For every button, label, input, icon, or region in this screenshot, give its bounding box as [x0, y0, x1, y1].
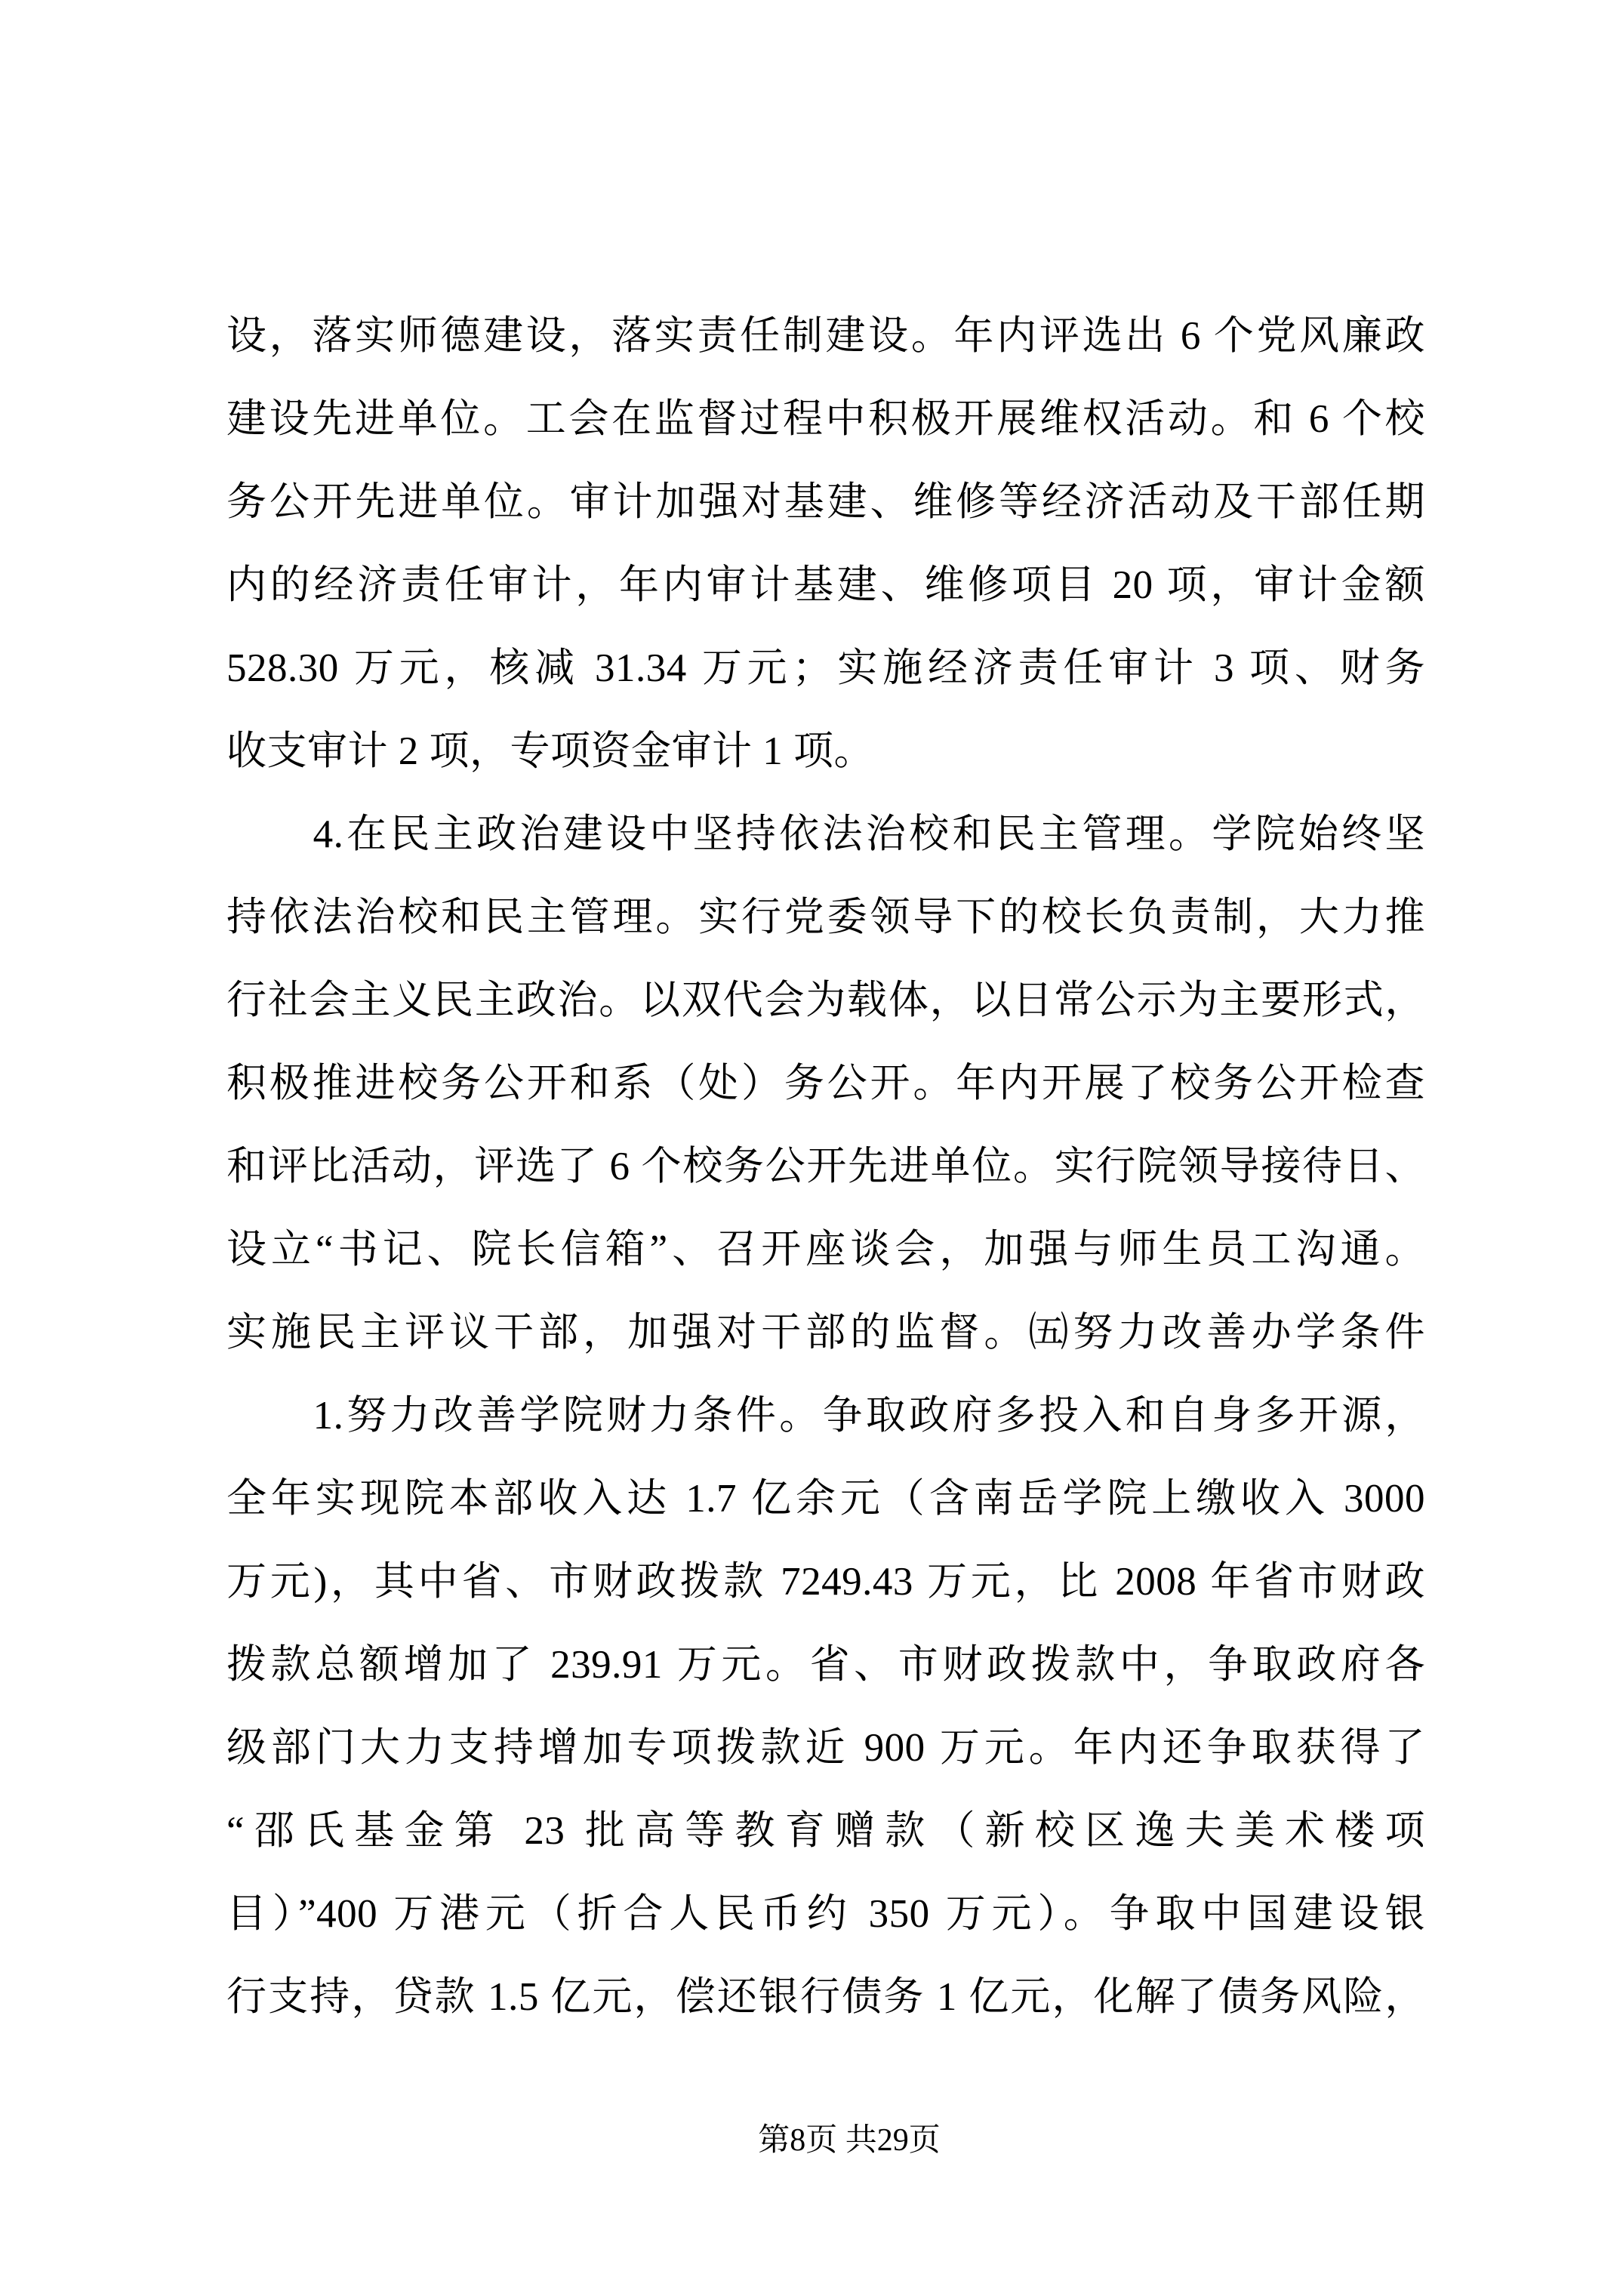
text-line: 持依法治校和民主管理。实行党委领导下的校长负责制，大力推 [226, 876, 1425, 959]
text-line: 级部门大力支持增加专项拨款近 900 万元。年内还争取获得了 [226, 1706, 1425, 1789]
document-body: 设，落实师德建设，落实责任制建设。年内评选出 6 个党风廉政 建设先进单位。工会… [226, 294, 1425, 2039]
text-line: 务公开先进单位。审计加强对基建、维修等经济活动及干部任期 [226, 461, 1425, 544]
text-line: 设立“书记、院长信箱”、召开座谈会，加强与师生员工沟通。 [226, 1208, 1425, 1291]
text-line: 528.30 万元，核减 31.34 万元；实施经济责任审计 3 项、财务 [226, 627, 1425, 710]
text-line: 全年实现院本部收入达 1.7 亿余元（含南岳学院上缴收入 3000 [226, 1457, 1425, 1540]
text-line: 积极推进校务公开和系（处）务公开。年内开展了校务公开检查 [226, 1042, 1425, 1125]
text-line-paragraph-start: 1.努力改善学院财力条件。争取政府多投入和自身多开源， [226, 1374, 1425, 1457]
text-line: 行社会主义民主政治。以双代会为载体，以日常公示为主要形式， [226, 959, 1425, 1042]
text-line-paragraph-start: 4.在民主政治建设中坚持依法治校和民主管理。学院始终坚 [226, 793, 1425, 876]
text-line: 收支审计 2 项，专项资金审计 1 项。 [226, 710, 1425, 793]
text-line: 目）”400 万港元（折合人民币约 350 万元）。争取中国建设银 [226, 1872, 1425, 1955]
text-line: 内的经济责任审计，年内审计基建、维修项目 20 项，审计金额 [226, 544, 1425, 627]
page-footer: 第8页 共29页 [38, 2118, 1623, 2163]
text-line: 实施民主评议干部，加强对干部的监督。㈤努力改善办学条件 [226, 1291, 1425, 1374]
document-page: 设，落实师德建设，落实责任制建设。年内评选出 6 个党风廉政 建设先进单位。工会… [0, 0, 1623, 2296]
text-line: 设，落实师德建设，落实责任制建设。年内评选出 6 个党风廉政 [226, 294, 1425, 378]
page-number-label: 第8页 共29页 [758, 2123, 941, 2158]
text-line: 万元)，其中省、市财政拨款 7249.43 万元，比 2008 年省市财政 [226, 1540, 1425, 1623]
text-line: 和评比活动，评选了 6 个校务公开先进单位。实行院领导接待日、 [226, 1125, 1425, 1208]
text-line: 拨款总额增加了 239.91 万元。省、市财政拨款中，争取政府各 [226, 1623, 1425, 1706]
text-line: “邵氏基金第 23 批高等教育赠款（新校区逸夫美术楼项 [226, 1789, 1425, 1872]
text-line: 建设先进单位。工会在监督过程中积极开展维权活动。和 6 个校 [226, 378, 1425, 461]
text-line: 行支持，贷款 1.5 亿元，偿还银行债务 1 亿元，化解了债务风险， [226, 1955, 1425, 2039]
